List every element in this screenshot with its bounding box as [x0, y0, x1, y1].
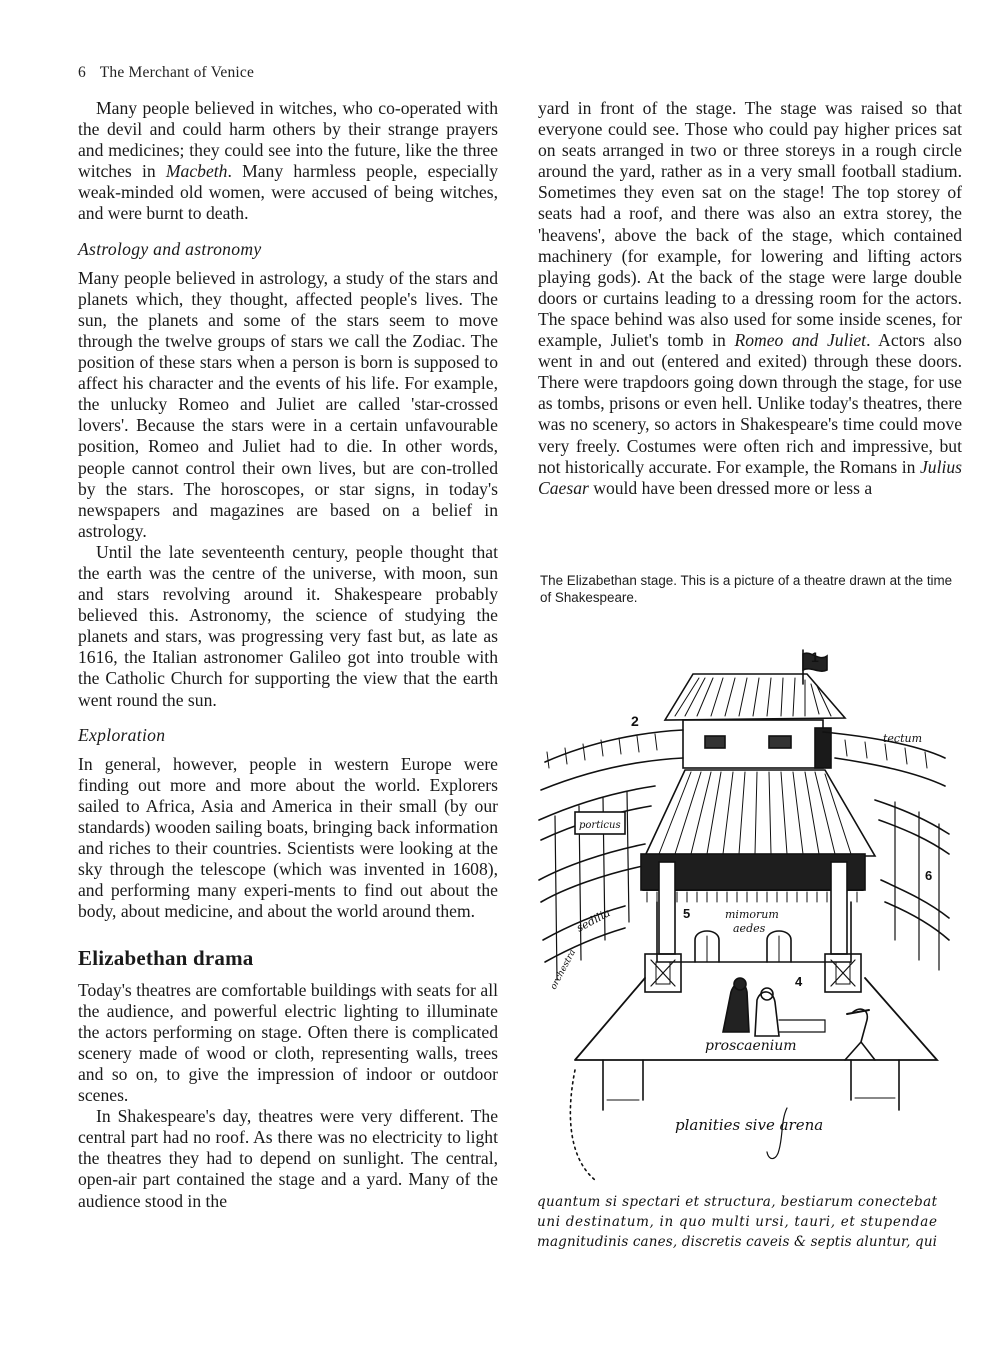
label-5: 5: [683, 906, 690, 921]
book-title: The Merchant of Venice: [100, 64, 254, 81]
astrology-heading: Astrology and astronomy: [78, 239, 498, 260]
label-porticus: porticus: [579, 820, 621, 831]
manuscript-line-3: magnitudinis canes, discretis caveis & s…: [537, 1234, 937, 1250]
elizabethan-drama-heading: Elizabethan drama: [78, 948, 498, 969]
label-aedes: aedes: [733, 922, 766, 935]
astronomy-paragraph: Until the late seventeenth century, peop…: [78, 542, 498, 711]
astrology-paragraph: Many people believed in astrology, a stu…: [78, 268, 498, 542]
exploration-heading: Exploration: [78, 725, 498, 746]
left-column: Many people believed in witches, who co-…: [78, 98, 498, 1212]
label-tectum: tectum: [883, 732, 922, 745]
drama-paragraph-1: Today's theatres are comfortable buildin…: [78, 980, 498, 1107]
drama-paragraph-2: In Shakespeare's day, theatres were very…: [78, 1106, 498, 1211]
witches-paragraph: Many people believed in witches, who co-…: [78, 98, 498, 225]
manuscript-line-1: quantum si spectari et structura, bestia…: [537, 1194, 938, 1210]
elizabethan-stage-illustration: 1 2 tectum porticus sedilia orchestra 5 …: [535, 640, 955, 1300]
page-number: 6: [78, 64, 86, 81]
label-6: 6: [925, 868, 932, 883]
label-planities: planities sive arena: [675, 1116, 823, 1134]
exploration-paragraph: In general, however, people in western E…: [78, 754, 498, 923]
theatre-paragraph: yard in front of the stage. The stage wa…: [538, 98, 962, 499]
label-proscaenium: proscaenium: [705, 1038, 797, 1054]
label-1: 1: [811, 649, 819, 665]
manuscript-line-2: uni destinatum, in quo multi ursi, tauri…: [537, 1214, 937, 1230]
running-head: 6 The Merchant of Venice: [78, 64, 254, 82]
figure-caption: The Elizabethan stage. This is a picture…: [540, 572, 960, 606]
label-orchestra: orchestra: [549, 948, 578, 991]
label-4: 4: [795, 974, 803, 989]
label-2: 2: [631, 713, 639, 729]
theatre-drawing: 1 2 tectum porticus sedilia orchestra 5 …: [535, 640, 955, 1300]
right-column: yard in front of the stage. The stage wa…: [538, 98, 962, 499]
label-mimorum: mimorum: [725, 908, 779, 921]
romeo-and-juliet-title: Romeo and Juliet: [734, 330, 866, 350]
macbeth-title: Macbeth: [166, 161, 228, 181]
